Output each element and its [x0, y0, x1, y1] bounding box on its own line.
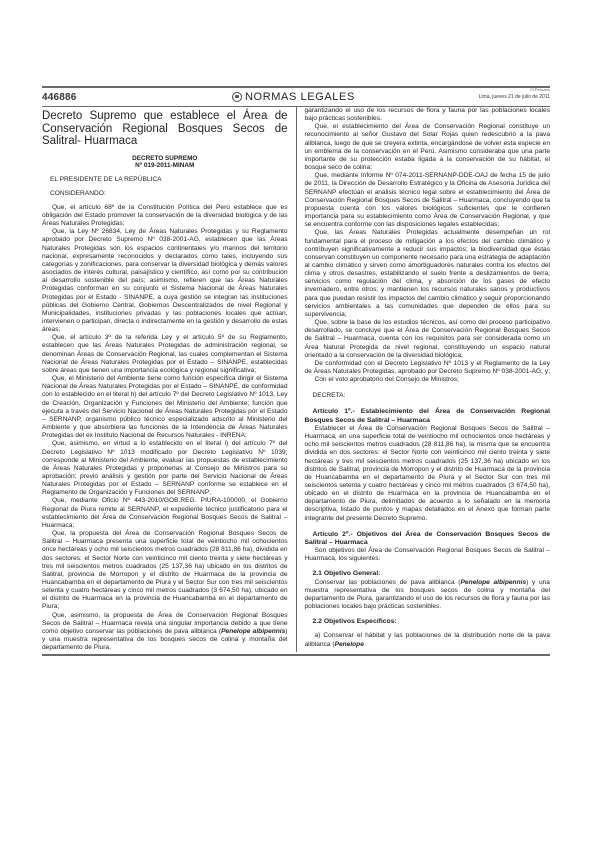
paragraph: Que, el Ministerio del Ambiente tiene co…: [42, 375, 288, 440]
objetivo-general-text: Conservar las poblaciones de pava alibla…: [305, 579, 551, 612]
species-name: Penelope albipennis: [221, 628, 285, 635]
article-2-text: Son objetivos del Área de Conservación R…: [305, 547, 551, 563]
left-column: Decreto Supremo que establece el Área de…: [42, 107, 297, 652]
president-line: EL PRESIDENTE DE LA REPÚBLICA: [42, 176, 288, 184]
paragraph: Que, asimismo, la propuesta de Área de C…: [42, 612, 288, 653]
newspaper-name: El Peruano: [479, 88, 550, 92]
article-2-heading: Artículo 2º.- Objetivos del Área de Cons…: [305, 531, 551, 547]
decree-label: DECRETO SUPREMO: [42, 155, 288, 163]
paragraph: De conformidad con el Decreto Legislativ…: [305, 360, 551, 376]
objetivos-especificos-heading: 2.2 Objetivos Específicos:: [305, 618, 551, 626]
header-right: El Peruano Lima, jueves 21 de julio de 2…: [479, 88, 550, 100]
species-name: Penelope: [335, 641, 364, 648]
article-1-heading: Artículo 1º.- Establecimiento del Área d…: [305, 408, 551, 424]
masthead-title: NORMAS LEGALES: [245, 91, 355, 103]
decreta-label: DECRETA:: [305, 392, 551, 400]
paragraph: Que, el establecimiento del Área de Cons…: [305, 123, 551, 172]
paragraph: Que, las Áreas Naturales Protegidas actu…: [305, 229, 551, 319]
decree-number: Nº 019-2011-MINAM: [42, 162, 288, 170]
decree-heading: DECRETO SUPREMO Nº 019-2011-MINAM: [42, 155, 288, 170]
paragraph: Que, el artículo 3º de la referida Ley y…: [42, 334, 288, 375]
paragraph: Que, mediante Oficio Nº 443-2010/GOB.REG…: [42, 497, 288, 530]
paragraph: Que, el artículo 68º de la Constitución …: [42, 204, 288, 228]
page-header: 446886 NORMAS LEGALES El Peruano Lima, j…: [42, 88, 550, 107]
article-title: Decreto Supremo que establece el Área de…: [42, 110, 288, 148]
page-number: 446886: [42, 92, 77, 103]
paragraph: Que, la Ley Nº 26834, Ley de Áreas Natur…: [42, 228, 288, 334]
right-column: garantizando el uso de los recursos de f…: [297, 107, 551, 652]
paragraph: Que, asimismo, en virtud a lo establecid…: [42, 440, 288, 497]
species-name: Penelope albipennis: [461, 579, 527, 586]
masthead: NORMAS LEGALES: [232, 91, 355, 103]
article-1-text: Establecer el Área de Conservación Regio…: [305, 425, 551, 523]
objetivo-general-heading: 2.1 Objetivo General:: [305, 570, 551, 578]
objetivo-a-text: a) Conservar el hábitat y las poblacione…: [305, 632, 551, 648]
considerando-label: CONSIDERANDO:: [42, 190, 288, 198]
paragraph: Con el voto aprobatorio del Consejo de M…: [305, 376, 551, 384]
publication-date: Lima, jueves 21 de julio de 2011: [479, 95, 550, 100]
paragraph: garantizando el uso de los recursos de f…: [305, 107, 551, 123]
peru-coat-of-arms-icon: [232, 92, 242, 102]
text: Conservar las poblaciones de pava alibla…: [315, 579, 461, 586]
paragraph: Que, mediante Informe Nº 074-2011-SERNAN…: [305, 172, 551, 229]
paragraph: Que, sobre la base de los estudios técni…: [305, 319, 551, 360]
paragraph: Que, la propuesta del Área de Conservaci…: [42, 530, 288, 612]
newspaper-page: 446886 NORMAS LEGALES El Peruano Lima, j…: [42, 86, 550, 652]
columns: Decreto Supremo que establece el Área de…: [42, 107, 550, 652]
bottom-rule: [42, 654, 550, 656]
